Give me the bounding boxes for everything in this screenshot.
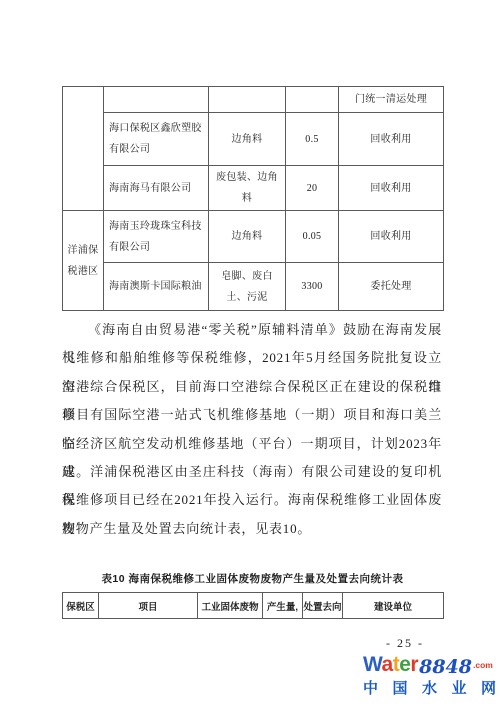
waste-cell: 边角料 <box>209 211 286 263</box>
body-paragraph: 《海南自由贸易港“零关税”原辅料清单》鼓励在海南发展飞 机维修和船舶维修等保税维… <box>62 316 442 543</box>
disposal-cell: 回收利用 <box>339 166 444 211</box>
header-cell-project: 项目 <box>99 593 198 619</box>
company-cell: 海南玉玲珑珠宝科技有限公司 <box>104 211 209 263</box>
paragraph-line: 空港综合保税区，目前海口空港综合保税区正在建设的保税维修 <box>62 373 442 401</box>
paragraph-line: 税维修项目已经在2021年投入运行。海南保税维修工业固体废物 <box>62 486 442 514</box>
table-row: 门统一清运处理 <box>63 87 444 113</box>
quantity-cell: 0.05 <box>286 211 339 263</box>
zone-cell: 洋浦保税港区 <box>63 211 104 311</box>
table10-caption: 表10 海南保税维修工业固体废物废物产生量及处置去向统计表 <box>62 571 443 586</box>
paragraph-line: 成。洋浦保税港区由圣庄科技（海南）有限公司建设的复印机保 <box>62 458 442 486</box>
quantity-cell: 20 <box>286 166 339 211</box>
water8848-logo: Water 8848 .com <box>363 653 498 679</box>
table-row: 海南海马有限公司 废包装、边角料 20 回收利用 <box>63 166 444 211</box>
logo-letter: a <box>382 653 393 676</box>
disposal-cell: 门统一清运处理 <box>339 87 444 113</box>
paragraph-line: 空经济区航空发动机维修基地（平台）一期项目，计划2023年建 <box>62 430 442 458</box>
paragraph-line: 项目有国际空港一站式飞机维修基地（一期）项目和海口美兰临 <box>62 401 442 429</box>
company-cell: 海口保税区鑫欣塑胶有限公司 <box>104 113 209 166</box>
page-number: - 25 - <box>386 636 424 651</box>
disposal-cell: 回收利用 <box>339 211 444 263</box>
header-cell-disposal: 处置去向 <box>303 593 343 619</box>
company-cell <box>104 87 209 113</box>
company-cell: 海南海马有限公司 <box>104 166 209 211</box>
quantity-cell <box>286 87 339 113</box>
logo-letter: r <box>410 653 418 676</box>
table-row: 洋浦保税港区 海南玉玲珑珠宝科技有限公司 边角料 0.05 回收利用 <box>63 211 444 263</box>
logo-letter: W <box>363 653 382 676</box>
logo-dotcom: .com <box>473 653 493 677</box>
waste-cell <box>209 87 286 113</box>
table10-header: 保税区 项目 工业固体废物 产生量, 处置去向 建设单位 <box>62 592 444 619</box>
table-row: 海南澳斯卡国际粮油 皂脚、废白土、污泥 3300 委托处理 <box>63 263 444 311</box>
quantity-cell: 3300 <box>286 263 339 311</box>
zone-cell <box>63 87 104 211</box>
paragraph-line: 废物产生量及处置去向统计表，见表10。 <box>62 515 442 543</box>
header-cell-zone: 保税区 <box>63 593 99 619</box>
company-cell: 海南澳斯卡国际粮油 <box>104 263 209 311</box>
disposal-cell: 委托处理 <box>339 263 444 311</box>
waste-cell: 皂脚、废白土、污泥 <box>209 263 286 311</box>
table-header-row: 保税区 项目 工业固体废物 产生量, 处置去向 建设单位 <box>63 593 444 619</box>
header-cell-quantity: 产生量, <box>263 593 303 619</box>
logo-letter: e <box>399 653 410 676</box>
document-page: 门统一清运处理 海口保税区鑫欣塑胶有限公司 边角料 0.5 回收利用 海南海马有… <box>0 0 500 707</box>
paragraph-line: 机维修和船舶维修等保税维修，2021年5月经国务院批复设立海口 <box>62 344 442 372</box>
quantity-cell: 0.5 <box>286 113 339 166</box>
site-name-chinese: 中国水业网 <box>363 679 496 698</box>
water8848-watermark: Water 8848 .com 中国水业网 <box>363 653 498 698</box>
bonded-zone-waste-table-continued: 门统一清运处理 海口保税区鑫欣塑胶有限公司 边角料 0.5 回收利用 海南海马有… <box>62 86 444 311</box>
water-wordmark: Water <box>363 653 418 679</box>
disposal-cell: 回收利用 <box>339 113 444 166</box>
waste-cell: 废包装、边角料 <box>209 166 286 211</box>
header-cell-waste: 工业固体废物 <box>198 593 263 619</box>
table-row: 海口保税区鑫欣塑胶有限公司 边角料 0.5 回收利用 <box>63 113 444 166</box>
logo-number: 8848 <box>419 655 472 679</box>
paragraph-line: 《海南自由贸易港“零关税”原辅料清单》鼓励在海南发展飞 <box>62 316 442 344</box>
waste-cell: 边角料 <box>209 113 286 166</box>
header-cell-builder: 建设单位 <box>343 593 444 619</box>
